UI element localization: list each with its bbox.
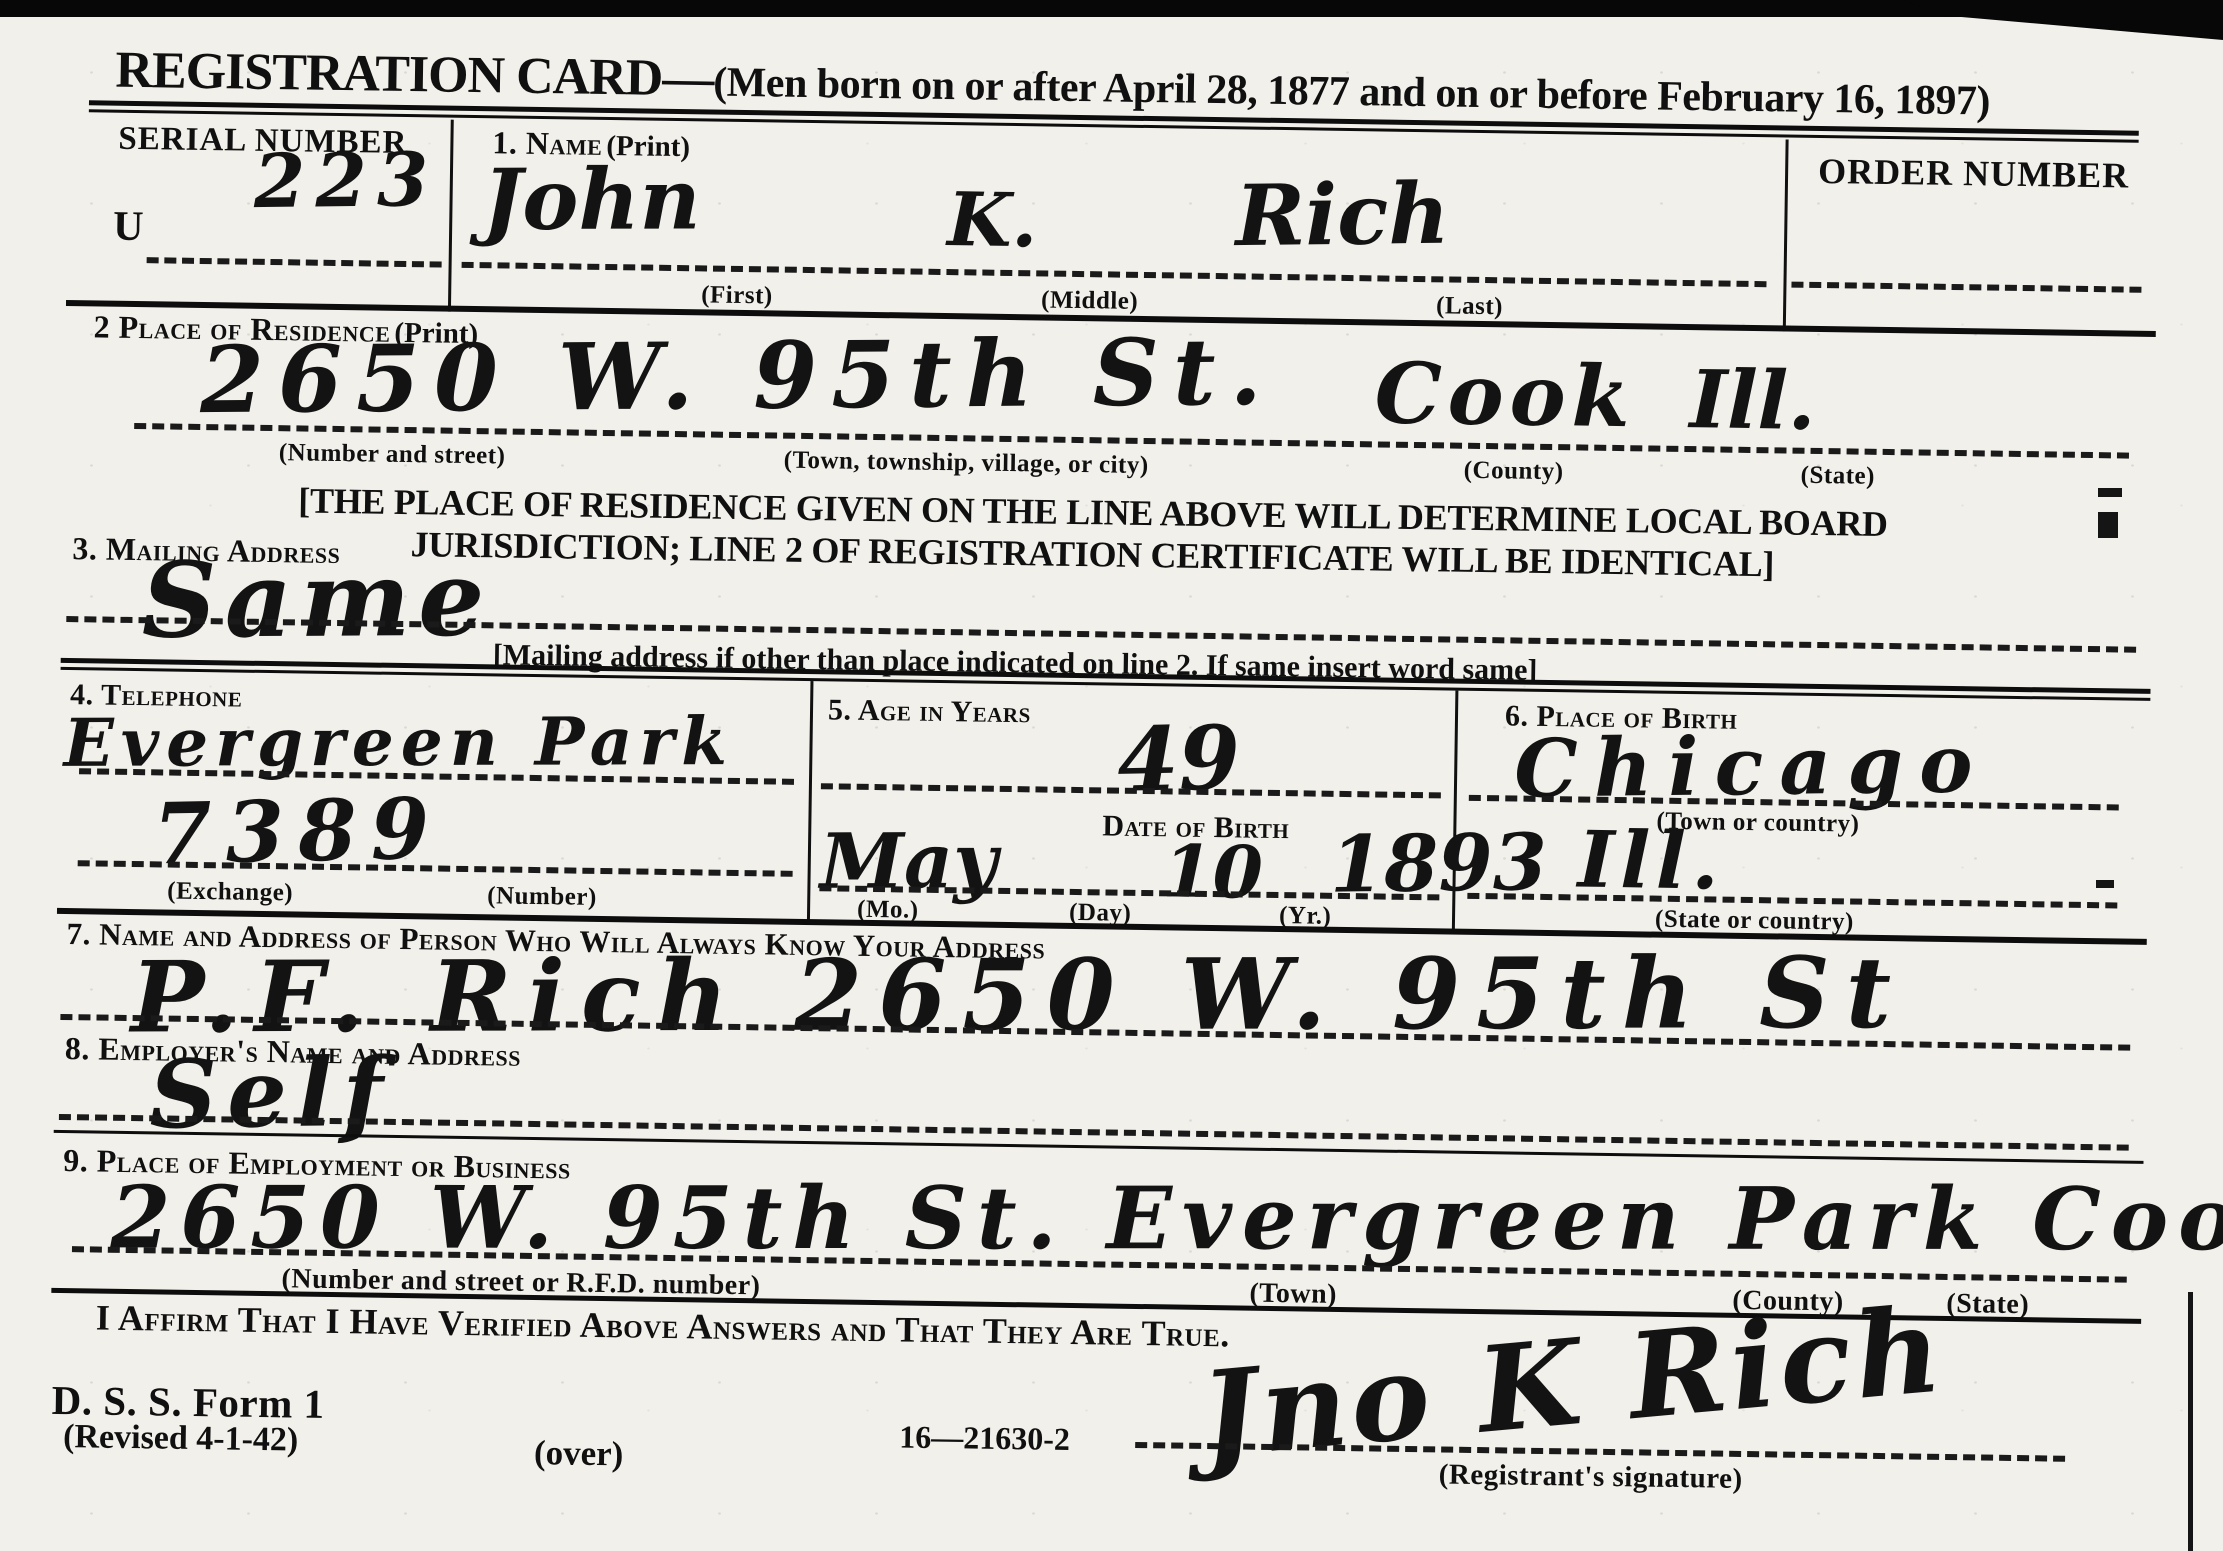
print-code: 16—21630-2 <box>899 1418 1070 1458</box>
scan-edge-top-right-corner <box>1903 0 2223 40</box>
scan-edge-right-line <box>2188 1292 2193 1551</box>
registration-card: REGISTRATION CARD—(Men born on or after … <box>48 34 2160 1535</box>
serial-number-line <box>147 257 442 267</box>
serial-prefix: U <box>113 203 144 251</box>
scan-edge-top-band <box>0 0 2223 17</box>
card-title: REGISTRATION CARD— <box>115 42 714 108</box>
age-label: 5. Age in Years <box>828 693 1031 730</box>
field-birthplace-state-value: Ill. <box>1577 814 1725 907</box>
form-revision: (Revised 4-1-42) <box>63 1418 299 1459</box>
order-number-label: ORDER NUMBER <box>1818 150 2130 197</box>
name-sub-middle: (Middle) <box>1041 286 1138 315</box>
residence-sub-county: (County) <box>1463 457 1563 486</box>
field-mailing-address-value: Same <box>141 537 492 662</box>
residence-sub-state: (State) <box>1800 462 1875 491</box>
telephone-sub-exchange: (Exchange) <box>167 878 293 908</box>
birthplace-state-line <box>1467 893 2117 909</box>
field-name-last-value: Rich <box>1235 164 1450 265</box>
field-residence-street-value: 2650 W. 95th St. <box>200 318 1276 434</box>
field-residence-state-value: Ill. <box>1689 352 1816 448</box>
field-serial-number-value: 223 <box>253 137 438 225</box>
divider-serial-name <box>448 120 454 312</box>
name-sub-first: (First) <box>701 281 773 310</box>
divider-name-order <box>1783 139 1789 331</box>
name-sub-last: (Last) <box>1436 292 1503 321</box>
signature-sub-label: (Registrant's signature) <box>1439 1458 1743 1496</box>
field-name-first-value: John <box>482 149 700 249</box>
name-line <box>462 262 1767 287</box>
field-name-middle-value: K. <box>947 177 1038 264</box>
scanned-registration-card-page: { "header": { "title": "REGISTRATION CAR… <box>0 0 2223 1551</box>
field-age-value: 49 <box>1116 705 1241 811</box>
field-residence-county-value: Cook <box>1374 343 1637 446</box>
residence-sub-town: (Town, township, village, or city) <box>784 447 1149 480</box>
telephone-sub-number: (Number) <box>487 882 597 912</box>
over-note: (over) <box>534 1433 624 1474</box>
divider-telephone-age <box>807 681 814 921</box>
field-dob-day-value: 10 <box>1162 828 1263 914</box>
order-number-line <box>1791 282 2141 293</box>
residence-sub-street: (Number and street) <box>279 439 506 470</box>
